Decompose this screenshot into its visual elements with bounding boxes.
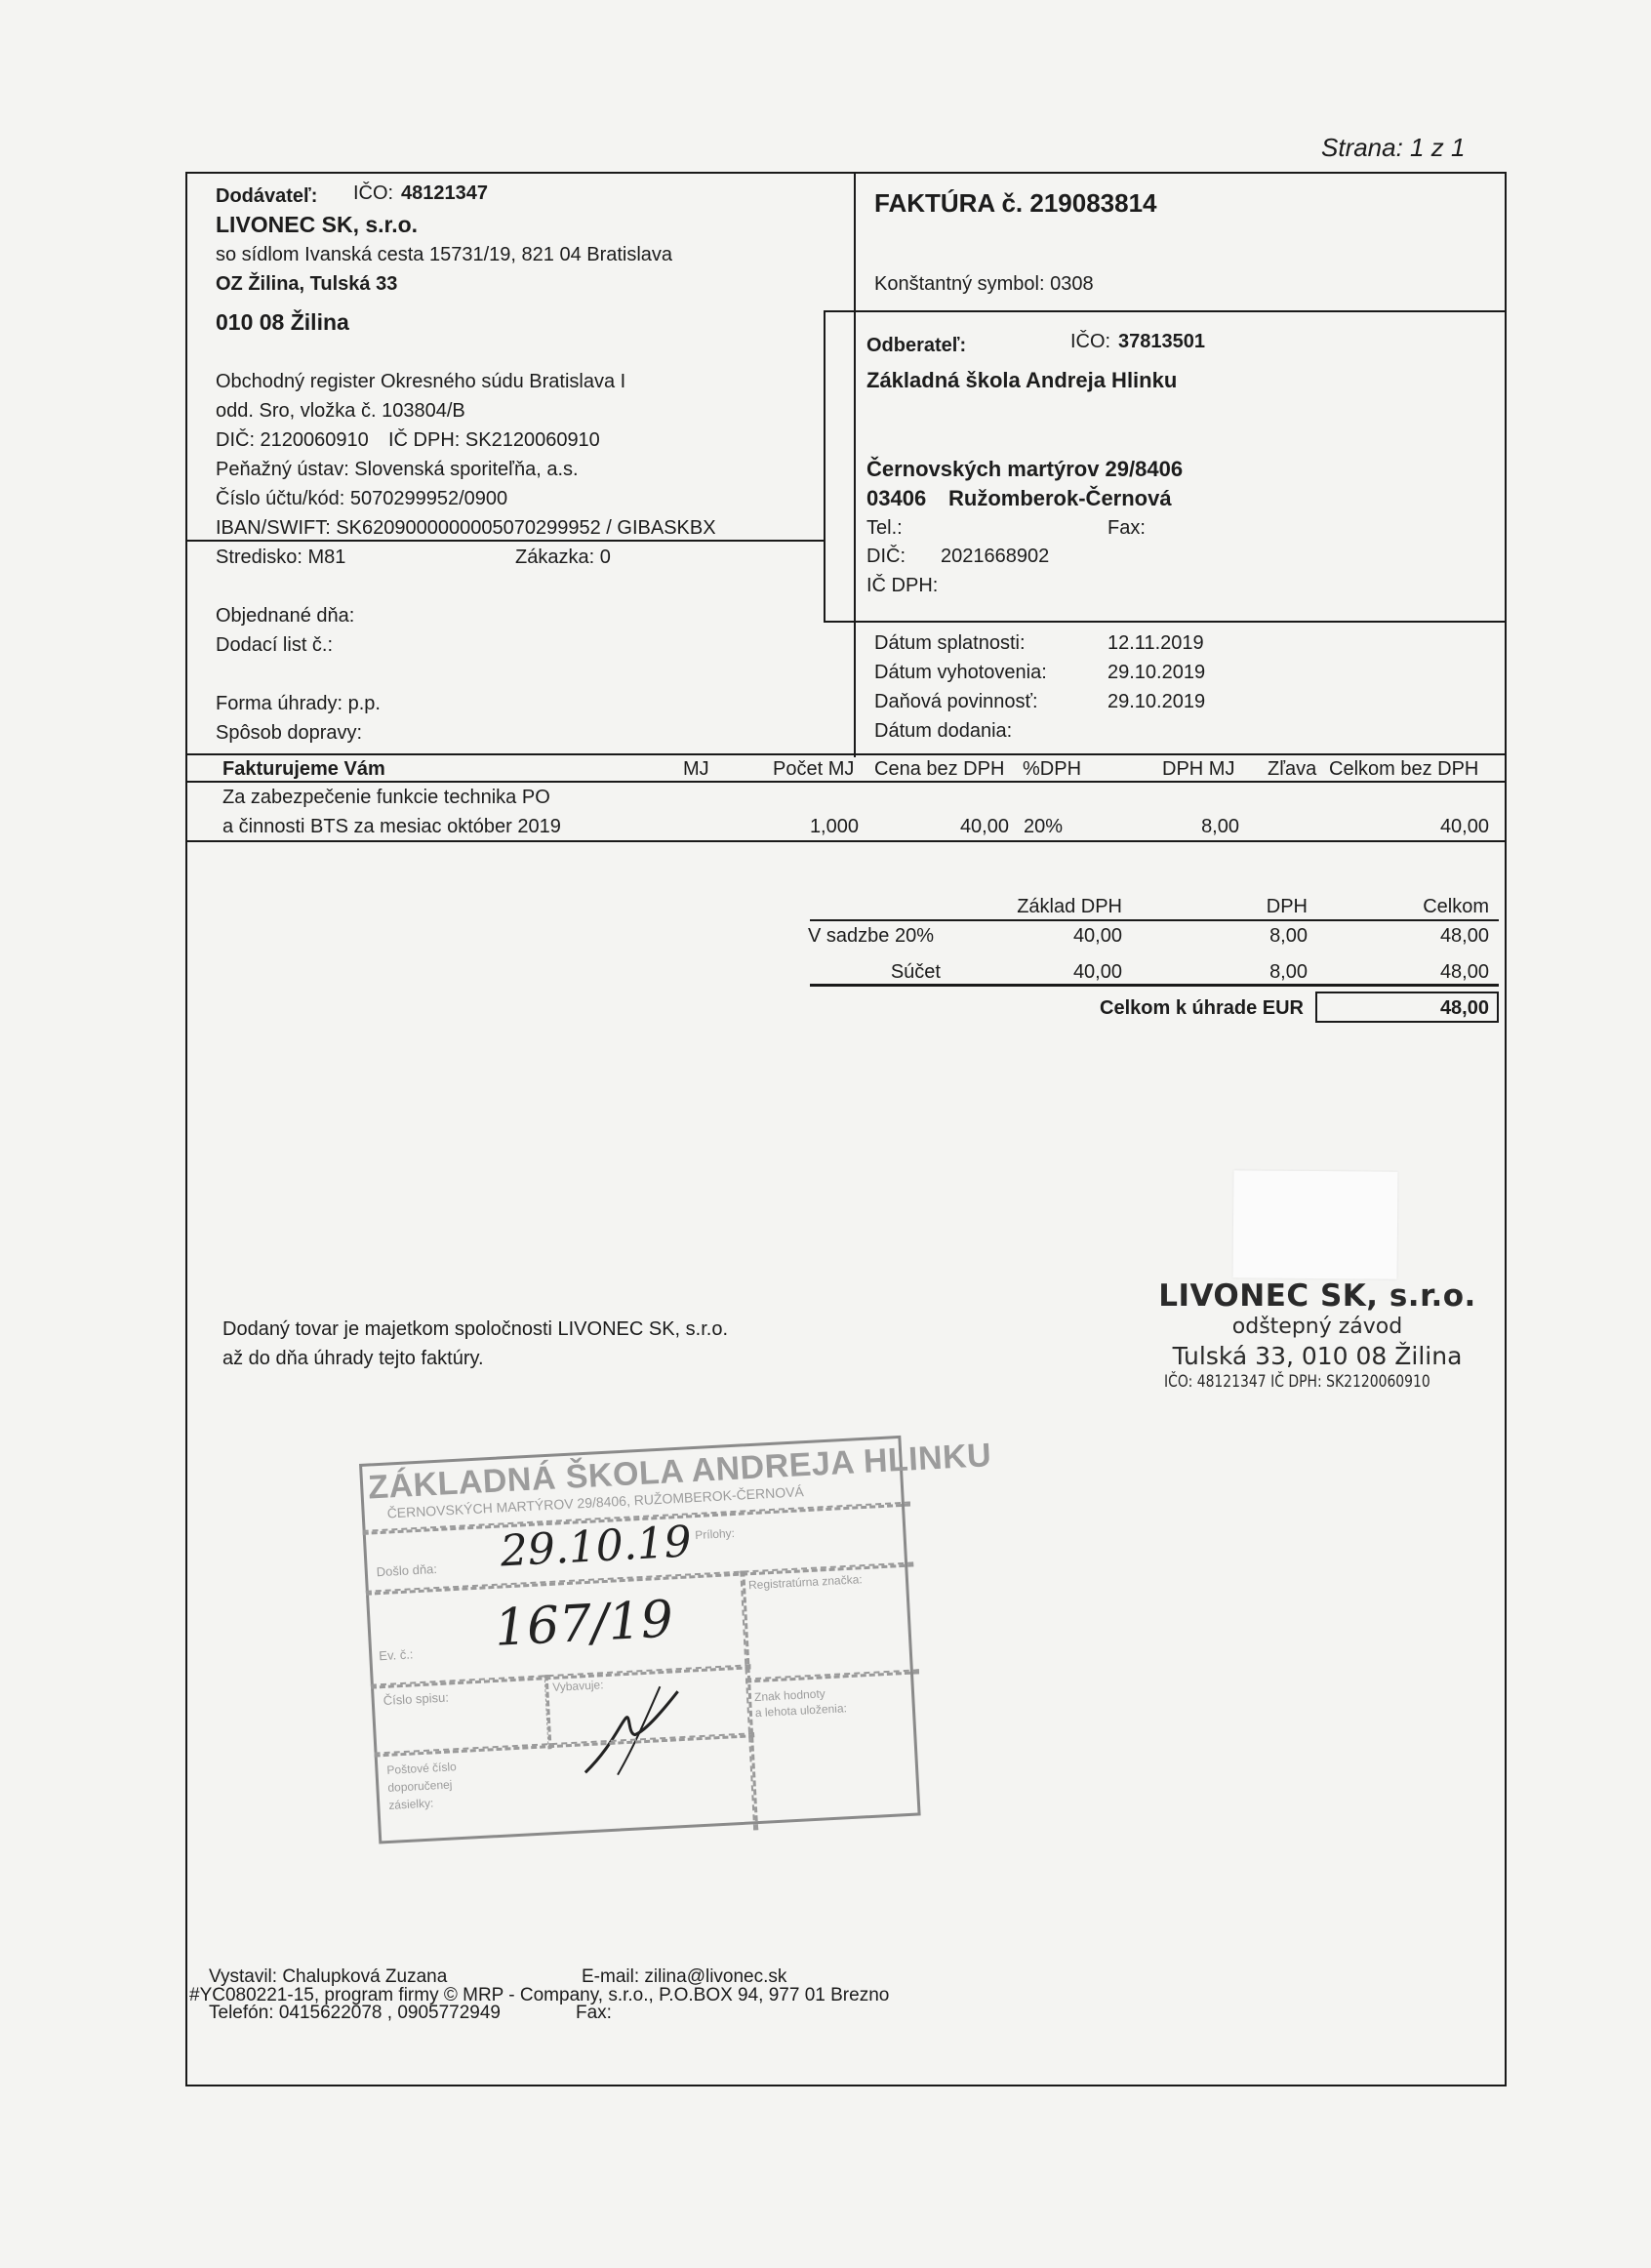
- constant-symbol: Konštantný symbol: 0308: [874, 272, 1094, 296]
- summary-col-base: Základ DPH: [956, 895, 1122, 918]
- supplier-label: Dodávateľ:: [216, 184, 317, 208]
- ownership-note-line-1: Dodaný tovar je majetkom spoločnosti LIV…: [222, 1317, 728, 1341]
- delivery-note: Dodací list č.:: [216, 633, 333, 657]
- supplier-ico: 48121347: [401, 182, 488, 205]
- signature-patch: [1233, 1170, 1398, 1278]
- date-label: Dátum vyhotovenia:: [874, 661, 1047, 684]
- summary-row-base: 40,00: [956, 924, 1122, 948]
- summary-row-label: Súčet: [810, 960, 941, 984]
- customer-label: Odberateľ:: [866, 334, 966, 357]
- cost-center: Stredisko: M81: [216, 546, 345, 569]
- col-price: Cena bez DPH: [874, 757, 1004, 781]
- supplier-account: Číslo účtu/kód: 5070299952/0900: [216, 487, 507, 510]
- customer-ico-label: IČO:: [1070, 330, 1110, 353]
- transport-method: Spôsob dopravy:: [216, 721, 362, 745]
- item-vat-unit: 8,00: [1122, 815, 1239, 838]
- ordered-on: Objednané dňa:: [216, 604, 354, 628]
- footer-fax: Fax:: [576, 2004, 612, 2023]
- supplier-bank: Peňažný ústav: Slovenská sporiteľňa, a.s…: [216, 458, 579, 481]
- stamp-line: Tulská 33, 010 08 Žilina: [1132, 1342, 1503, 1370]
- registry-stamp: ZÁKLADNÁ ŠKOLA ANDREJA HLINKU ČERNOVSKÝC…: [359, 1436, 925, 1854]
- date-label: Dátum splatnosti:: [874, 631, 1026, 655]
- supplier-name: LIVONEC SK, s.r.o.: [216, 213, 418, 236]
- table-rule: [185, 781, 1507, 783]
- item-price: 40,00: [888, 815, 1009, 838]
- summary-rule: [810, 984, 1499, 987]
- supplier-register-1: Obchodný register Okresného súdu Bratisl…: [216, 370, 625, 393]
- col-total: Celkom bez DPH: [1329, 757, 1478, 781]
- table-rule: [185, 840, 1507, 842]
- stamp-ev-value: 167/19: [493, 1590, 674, 1657]
- summary-col-total: Celkom: [1366, 895, 1489, 918]
- stamp-postal-label: Poštové číslo doporučenej zásielky:: [386, 1758, 459, 1814]
- item-quantity: 1,000: [742, 815, 859, 838]
- summary-col-vat: DPH: [1190, 895, 1308, 918]
- customer-zip: 03406: [866, 487, 926, 510]
- signature-icon: [576, 1678, 688, 1781]
- stamp-line: odštepný závod: [1132, 1315, 1503, 1339]
- stamp-ev-label: Ev. č.:: [379, 1646, 414, 1663]
- customer-fax-label: Fax:: [1107, 516, 1146, 540]
- item-total: 40,00: [1366, 815, 1489, 838]
- date-value: 29.10.2019: [1107, 690, 1205, 713]
- customer-dic: 2021668902: [941, 545, 1049, 568]
- customer-dic-label: DIČ:: [866, 545, 906, 568]
- payment-method: Forma úhrady: p.p.: [216, 692, 381, 715]
- supplier-dic: DIČ: 2120060910: [216, 428, 369, 452]
- stamp-received-value: 29.10.19: [500, 1517, 693, 1576]
- supplier-city: 010 08 Žilina: [216, 310, 349, 334]
- customer-ico: 37813501: [1118, 330, 1205, 353]
- customer-name: Základná škola Andreja Hlinku: [866, 369, 1177, 392]
- summary-row-base: 40,00: [956, 960, 1122, 984]
- stamp-line: IČO: 48121347 IČ DPH: SK2120060910: [1161, 1372, 1433, 1392]
- amount-due-label: Celkom k úhrade EUR: [976, 996, 1304, 1020]
- supplier-iban: IBAN/SWIFT: SK6209000000005070299952 / G…: [216, 516, 716, 540]
- footer-email: E-mail: zilina@livonec.sk: [582, 1967, 786, 1987]
- summary-row-vat: 8,00: [1190, 960, 1308, 984]
- stamp-postal-line: zásielky:: [388, 1793, 459, 1814]
- amount-due-value: 48,00: [1317, 996, 1489, 1020]
- date-label: Dátum dodania:: [874, 719, 1012, 743]
- summary-row-vat: 8,00: [1190, 924, 1308, 948]
- date-label: Daňová povinnosť:: [874, 690, 1038, 713]
- issued-by: Vystavil: Chalupková Zuzana: [209, 1967, 447, 1987]
- page-number: Strana: 1 z 1: [1321, 136, 1465, 159]
- customer-tel-label: Tel.:: [866, 516, 903, 540]
- customer-street: Černovských martýrov 29/8406: [866, 458, 1183, 481]
- item-description-1: Za zabezpečenie funkcie technika PO: [222, 786, 550, 809]
- supplier-seat: so sídlom Ivanská cesta 15731/19, 821 04…: [216, 243, 672, 266]
- order-number: Zákazka: 0: [515, 546, 611, 569]
- divider: [185, 540, 825, 542]
- col-quantity: Počet MJ: [773, 757, 854, 781]
- col-description: Fakturujeme Vám: [222, 757, 385, 781]
- col-vat-pct: %DPH: [1023, 757, 1081, 781]
- summary-row-total: 48,00: [1366, 924, 1489, 948]
- supplier-ico-label: IČO:: [353, 182, 393, 205]
- col-unit: MJ: [683, 757, 709, 781]
- ownership-note-line-2: až do dňa úhrady tejto faktúry.: [222, 1347, 484, 1370]
- col-discount: Zľava: [1268, 757, 1316, 781]
- invoice-title: FAKTÚRA č. 219083814: [874, 191, 1157, 215]
- summary-row-label: V sadzbe 20%: [808, 924, 934, 948]
- summary-rule: [810, 919, 1499, 921]
- footer-phone: Telefón: 0415622078 , 0905772949: [209, 2004, 501, 2023]
- item-vat-pct: 20%: [1024, 815, 1063, 838]
- customer-ic-dph-label: IČ DPH:: [866, 574, 938, 597]
- supplier-register-2: odd. Sro, vložka č. 103804/B: [216, 399, 465, 423]
- summary-row-total: 48,00: [1366, 960, 1489, 984]
- date-value: 12.11.2019: [1107, 631, 1204, 655]
- stamp-company-name: LIVONEC SK, s.r.o.: [1132, 1278, 1503, 1314]
- supplier-branch: OZ Žilina, Tulská 33: [216, 272, 397, 296]
- stamp-postal-line: doporučenej: [387, 1775, 458, 1797]
- customer-city: Ružomberok-Černová: [948, 487, 1172, 510]
- stamp-retention-label: Znak hodnoty a lehota uloženia:: [754, 1684, 848, 1721]
- date-value: 29.10.2019: [1107, 661, 1205, 684]
- item-description-2: a činnosti BTS za mesiac október 2019: [222, 815, 561, 838]
- stamp-attachments-label: Prílohy:: [695, 1526, 735, 1542]
- supplier-ic-dph: IČ DPH: SK2120060910: [388, 428, 600, 452]
- col-vat-unit: DPH MJ: [1162, 757, 1234, 781]
- table-rule: [185, 753, 1507, 755]
